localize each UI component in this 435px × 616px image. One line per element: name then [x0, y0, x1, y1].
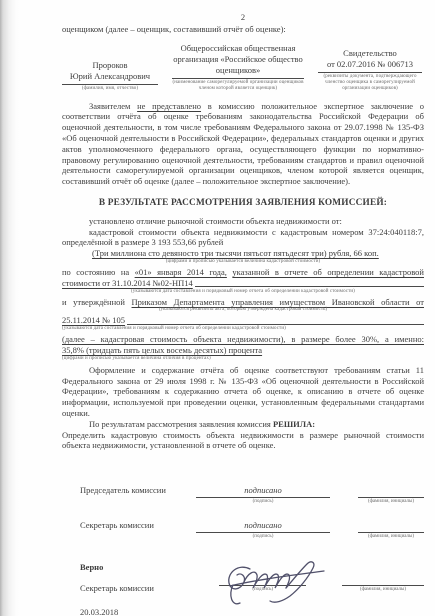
- scan-edge-shadow: [0, 0, 22, 616]
- secretary-name-caption: (фамилия, инициалы): [358, 532, 424, 540]
- page-number: 2: [62, 12, 424, 23]
- amount-caption: (цифрами и прописью указывается величина…: [62, 259, 424, 265]
- order-number-line: 25.11.2014 № 105: [62, 315, 424, 326]
- appraiser-certificate: Свидетельство от 02.07.2016 № 006713: [318, 43, 422, 70]
- as-of-date-line: по состоянию на «01» января 2014 года, у…: [62, 267, 424, 278]
- as-of-prefix: по состоянию на: [62, 267, 135, 277]
- chairman-signed-mark: подписано: [196, 485, 330, 496]
- approved-order-underlined: Приказом Департамента управления имущест…: [132, 297, 424, 307]
- decision-text: Определить кадастровую стоимость объекта…: [62, 430, 424, 452]
- appraiser-organization-column: Общероссийская общественная организация …: [172, 43, 304, 92]
- cadastral-value-line: кадастровой стоимости объекта недвижимос…: [62, 227, 424, 249]
- secretary-label: Секретарь комиссии: [80, 520, 196, 540]
- appraiser-certificate-column: Свидетельство от 02.07.2016 № 006713 (ре…: [318, 43, 422, 92]
- paragraph-text: в комиссию положительное экспертное закл…: [62, 101, 424, 187]
- secretary-sign-caption: (подпись): [196, 532, 330, 540]
- secretary-name-area: (фамилия, инициалы): [358, 520, 424, 540]
- approved-prefix: и утверждённой: [62, 297, 132, 307]
- difference-line1: (далее – кадастровая стоимость объекта н…: [62, 334, 424, 345]
- appraiser-name: Пророков Юрий Александрович: [62, 43, 158, 82]
- secretary-signature-row: Секретарь комиссии подписано (подпись) (…: [80, 520, 424, 540]
- amount-words-text: (Три миллиона сто девяносто три тысячи п…: [92, 248, 379, 258]
- document-content: 2 оценщиком (далее – оценщик, составивши…: [62, 12, 424, 616]
- blank-underline: [127, 324, 424, 325]
- copy-signature-area: (подпись): [219, 583, 306, 594]
- appraiser-certificate-caption: (реквизиты документа, подтверждающего чл…: [318, 72, 422, 92]
- copy-secretary-label: Секретарь комиссии: [80, 583, 171, 594]
- as-of-date-underlined: «01» января 2014 года,: [135, 267, 227, 277]
- difference-text1: (далее – кадастровая стоимость объекта н…: [62, 334, 424, 344]
- decision-resolved-bold: РЕШИЛА:: [273, 419, 315, 429]
- order-caption: (указываются дата составления и порядков…: [62, 326, 424, 332]
- difference-line2: 35,8% (тридцать пять целых восемь десяты…: [62, 345, 424, 356]
- report-reference-part1: указанной в отчете об определении кадаст…: [232, 267, 424, 277]
- secretary-signature-area: подписано (подпись): [196, 520, 330, 540]
- verno-label: Верно: [80, 562, 424, 573]
- chairman-signature-row: Председатель комиссии подписано (подпись…: [80, 485, 424, 505]
- copy-name-area: (фамилия, инициалы): [342, 583, 424, 594]
- established-line: установлено отличие рыночной стоимости о…: [62, 216, 424, 227]
- approved-line: и утверждённой Приказом Департамента упр…: [62, 297, 424, 308]
- amount-in-words: (Три миллиона сто девяносто три тысячи п…: [92, 248, 420, 259]
- chairman-name-area: (фамилия, инициалы): [358, 485, 424, 505]
- signature-block: Председатель комиссии подписано (подпись…: [62, 485, 424, 616]
- appraiser-name-column: Пророков Юрий Александрович (фамилия, им…: [62, 43, 158, 92]
- chairman-signature-area: подписано (подпись): [196, 485, 330, 505]
- chairman-sign-caption: (подпись): [196, 497, 330, 505]
- order-number: 25.11.2014 № 105: [62, 315, 125, 326]
- report-reference-line2: стоимости от 31.10.2014 №02-НП14: [62, 278, 424, 289]
- chairman-label: Председатель комиссии: [80, 485, 196, 505]
- copy-certification-row: Секретарь комиссии (подпись) (фамилия, и…: [80, 583, 424, 594]
- compliance-paragraph: Оформление и содержание отчёта об оценке…: [62, 365, 424, 419]
- result-heading: В РЕЗУЛЬТАТЕ РАССМОТРЕНИЯ ЗАЯВЛЕНИЯ КОМИ…: [62, 198, 424, 209]
- expert-conclusion-paragraph: Заявителем не представлено в комиссию по…: [62, 101, 424, 187]
- difference-caption: (цифрами и прописью указывается величина…: [62, 356, 424, 362]
- decision-line: По результатам рассмотрения заявления ко…: [62, 419, 424, 430]
- blank-underline: [195, 286, 424, 287]
- copy-sign-caption: (подпись): [219, 585, 306, 593]
- underlined-not-provided: не представлено: [137, 101, 201, 111]
- appraiser-table: Пророков Юрий Александрович (фамилия, им…: [62, 43, 424, 92]
- decision-prefix: По результатам рассмотрения заявления ко…: [89, 419, 273, 429]
- appraiser-organization-caption: (наименование саморегулируемой организац…: [172, 78, 304, 92]
- certification-date: 20.03.2018: [80, 607, 424, 616]
- difference-text2: 35,8% (тридцать пять целых восемь десяты…: [62, 345, 262, 355]
- secretary-signed-mark: подписано: [196, 520, 330, 531]
- intro-line: оценщиком (далее – оценщик, составивший …: [62, 24, 424, 35]
- appraiser-name-caption: (фамилия, имя, отчество): [62, 84, 158, 92]
- report-reference-part2: стоимости от 31.10.2014 №02-НП14: [62, 278, 193, 289]
- copy-name-caption: (фамилия, инициалы): [342, 585, 424, 593]
- chairman-name-caption: (фамилия, инициалы): [358, 497, 424, 505]
- report-caption: (указываются дата составления и порядков…: [62, 289, 424, 295]
- appraiser-organization: Общероссийская общественная организация …: [172, 43, 304, 76]
- paragraph-text: Заявителем: [89, 101, 137, 111]
- approved-caption: (указываются реквизиты акта, которым утв…: [62, 307, 424, 313]
- scanned-document-page: 2 оценщиком (далее – оценщик, составивши…: [0, 0, 435, 616]
